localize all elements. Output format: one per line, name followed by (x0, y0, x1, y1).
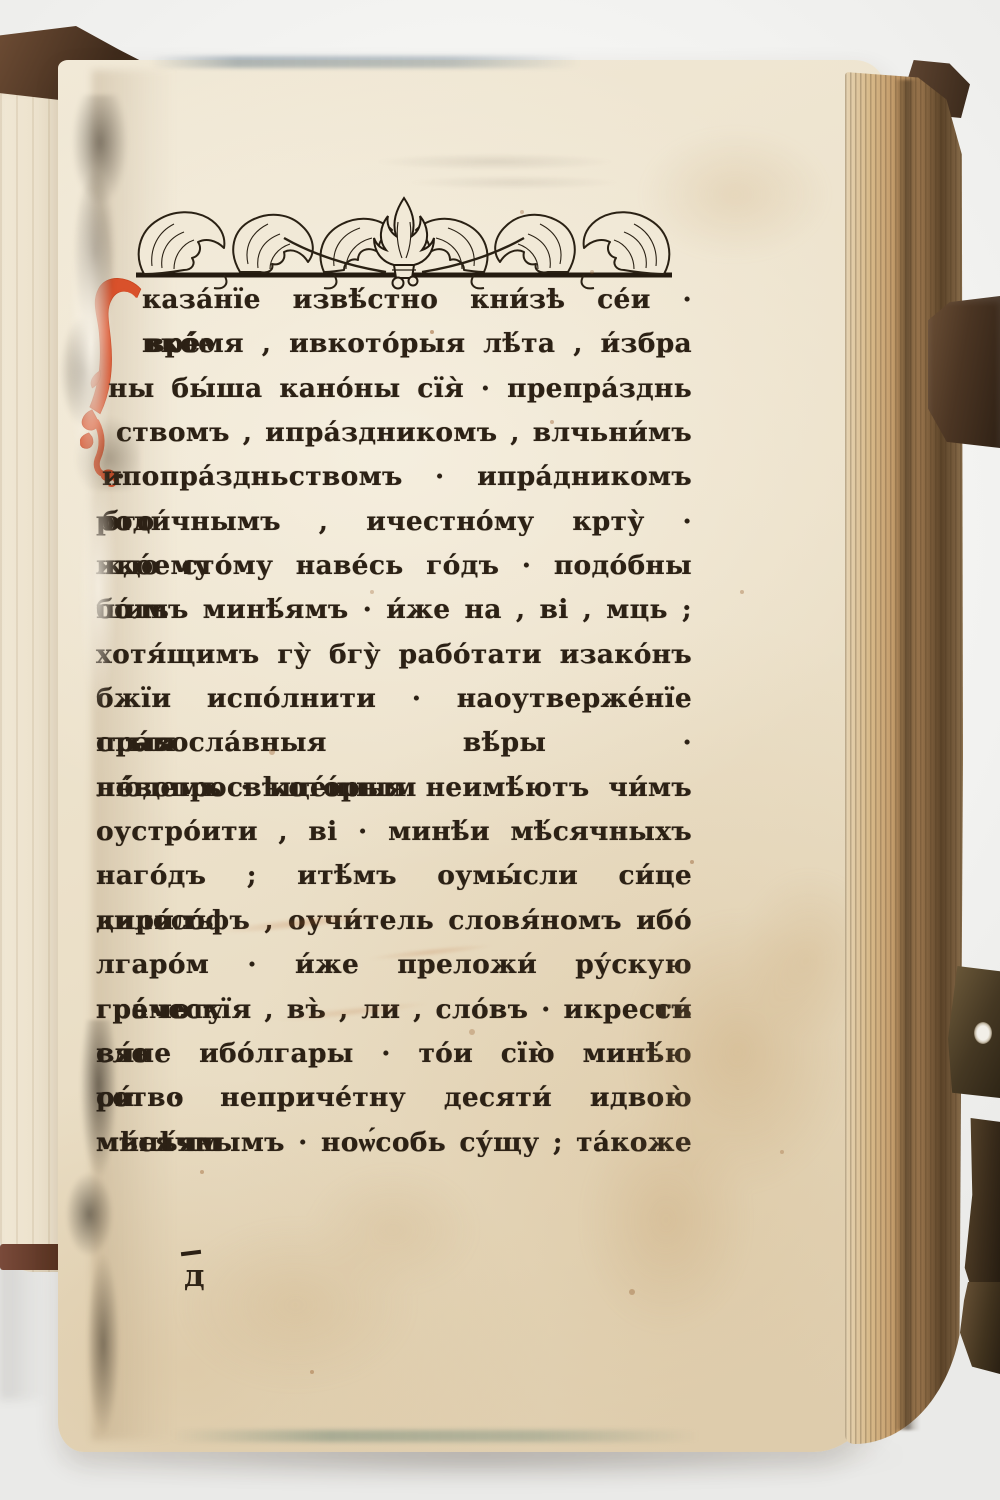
page-bottom-edge-tint (170, 1430, 700, 1442)
metal-clasp-lower (960, 1282, 1000, 1374)
gutter-damage-bottom (48, 1020, 140, 1452)
text-line: ипопра́здньствомъ · ипра́дникомъ бго (96, 455, 692, 499)
metal-clasp-hook (958, 1118, 1000, 1310)
text-line: хотя́щимъ гу̀ бгу̀ рабо́тати изако́нъ (96, 633, 692, 677)
text-line: вре́мя , ивкото́рыя лѣ́та , и́збра (96, 322, 692, 366)
headpiece-woodcut-ornament (126, 192, 682, 292)
text-line: ждо сто́му наве́сь го́дъ · подо́бны бо́л… (96, 544, 692, 588)
torn-paper-repair (55, 170, 127, 750)
text-line: правосла́вныя вѣ́ры · но́вопросвѣще́нным (96, 721, 692, 765)
text-line: ствомъ , ипра́здникомъ , влчьни́мъ · (96, 411, 692, 455)
page-top-edge-tint (150, 56, 580, 68)
water-stain-bottom (120, 1140, 510, 1440)
book-photo: каза́нїе извѣ́стно кни́зѣ се́и · вко́е в… (0, 0, 1000, 1500)
water-stain-top-right (600, 100, 870, 310)
text-line: лю́демъ · кото́рыя неимѣ́ютъ чи́мъ (96, 766, 692, 810)
text-line: ны бы́ша кано́ны сїя̀ · препра́зднь (96, 367, 692, 411)
text-line: оустро́ити , ві · минѣ́и мѣ́сячныхъ (96, 810, 692, 854)
fore-edge-crease (894, 80, 920, 1430)
clasp-hole (974, 1022, 992, 1044)
text-line: бжїи испо́лнити · наоутверже́нїе сты́я (96, 677, 692, 721)
foxing-specks (430, 330, 434, 334)
leather-strap-upper (928, 296, 1000, 448)
text-line: роди́чнымъ , ичестно́му крту̀ · ико́ему (96, 500, 692, 544)
text-line: шимъ минѣ́ямъ · и́же на , ві , мць ; (96, 588, 692, 632)
